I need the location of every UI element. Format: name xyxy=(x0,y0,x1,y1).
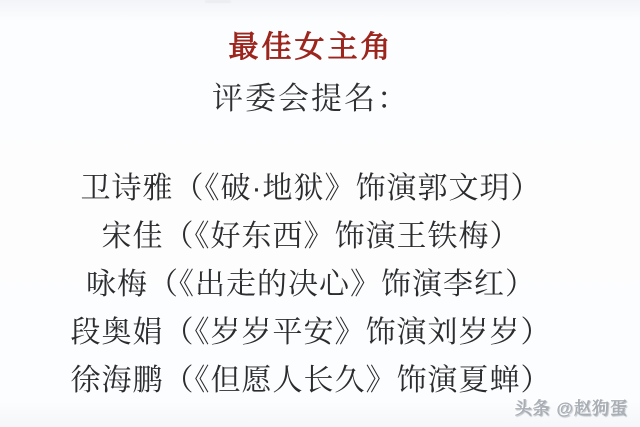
list-item: 咏梅（《出走的决心》饰演李红） xyxy=(0,261,622,309)
page-title: 最佳女主角 xyxy=(0,33,622,63)
list-item: 段奥娟（《岁岁平安》饰演刘岁岁） xyxy=(0,309,622,357)
nominee-list: 卫诗雅（《破·地狱》饰演郭文玥） 宋佳（《好东西》饰演王铁梅） 咏梅（《出走的决… xyxy=(0,165,622,405)
list-item: 宋佳（《好东西》饰演王铁梅） xyxy=(0,213,622,261)
subtitle: 评委会提名： xyxy=(0,83,622,115)
top-edge-artifact xyxy=(205,0,231,3)
watermark: 头条 @赵狗蛋 xyxy=(515,394,628,419)
announcement-card: 最佳女主角 评委会提名： 卫诗雅（《破·地狱》饰演郭文玥） 宋佳（《好东西》饰演… xyxy=(0,0,640,427)
list-item: 卫诗雅（《破·地狱》饰演郭文玥） xyxy=(0,165,622,213)
